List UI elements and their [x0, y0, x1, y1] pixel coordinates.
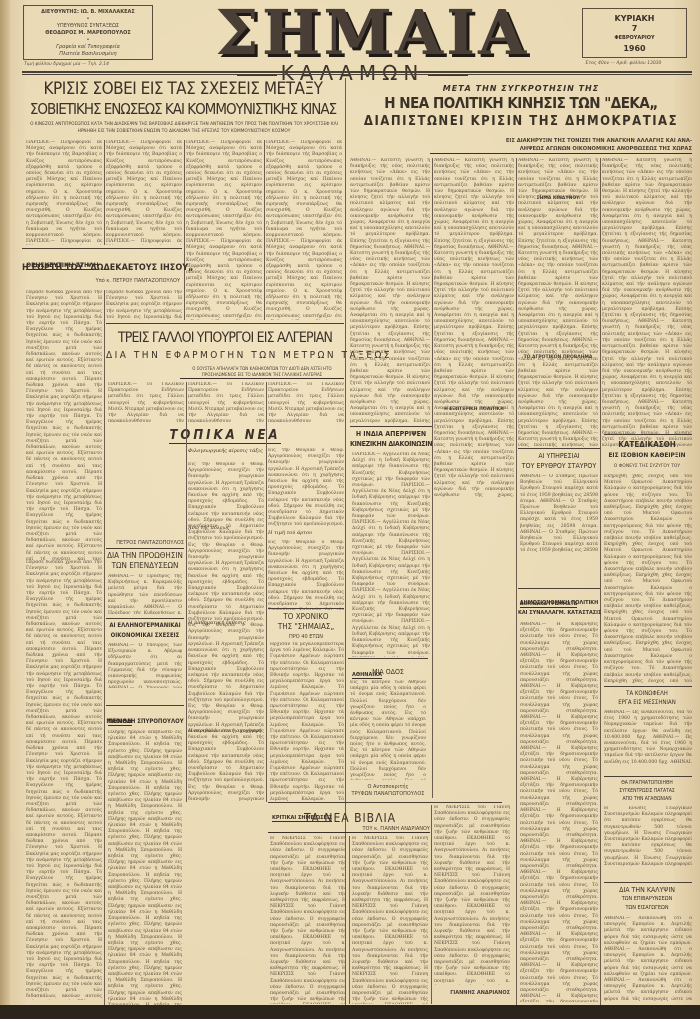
masthead-rule: [22, 71, 692, 73]
editor-name: ΘΕΟΔΩΡΟΣ Μ. ΜΑΡΕΟΠΟΥΛΟΣ: [24, 30, 152, 37]
potato-headline-2: ΣΥΓΚΕΝΤΡΩΣΙΣ ΠΑΤΑΤΑΣ: [602, 788, 692, 794]
religious-headline: Η ΕΟΡΤΗ ΤΟΥ "ΔΩΔΕΚΑΕΤΟΥΣ ΙΗΣΟΥ„: [22, 263, 182, 273]
local-item-town: Άνω τής πόλεως: [188, 525, 264, 531]
stavros-body: ΑΘΗΝΑΙ.— Ο Σταθμός Πρώτων Βοηθειών τού Ε…: [520, 474, 598, 554]
messinia-headline-2: ΕΡΓΑ ΕΙΣ ΜΕΣΣΗΝΙΑΝ: [602, 699, 692, 706]
editor-label: ΥΠΕΥΘΥΝΟΣ ΣΥΝΤΑΞΕΩΣ: [24, 23, 152, 30]
books-body-col-2: Η ΝΕΚΡΙΣΙΣ τού Γιάννη Σπαθόπουλου κυκλοφ…: [352, 836, 428, 1004]
local-item-exhibition: Η μαθηματική έκθεσις: [188, 620, 264, 626]
potato-headline-3: ΑΠΟ ΤΗΝ ΑΓΑΘΩΝΙΑΝ: [602, 796, 692, 802]
sentence-subhead: Ο ΦΟΝΕΥΣ ΤΗΣ ΣΥΖΥΓΟΥ ΤΟΥ: [602, 463, 692, 470]
office-address: Πλατεία Βασιλευσμένη: [24, 51, 152, 58]
potato-headline-1: ΘΑ ΠΡΑΓΜΑΤΟΠΟΙΗΘΗ: [602, 780, 692, 786]
sentence-body: Εκηρύχθη χθες ένοχος υπό τού Μικτού Ορκω…: [604, 474, 692, 684]
messinia-body: ΑΘΗΝΑΙ.— Ως ανακοινούται, διά τό έτος 19…: [604, 710, 692, 765]
local-body-col-1: Εις τήν Θουρίαν ο Θεοφ. Αργυρόπουλος συν…: [188, 462, 264, 802]
date-day: 7: [583, 24, 686, 34]
books-headline: ΤΑ ΝΕΑ ΒΙΒΛΙΑ: [268, 811, 432, 825]
india-headline-1: Η ΙΝΔΙΑ ΑΠΕΡΡΙΨΕΝ: [350, 430, 432, 438]
soviet-headline-1: ΚΡΙΣΙΣ ΣΟΒΕΙ ΕΙΣ ΤΑΣ ΣΧΕΣΕΙΣ ΜΕΤΑΞΥ: [22, 79, 344, 99]
religious-body-col-1: Πέρασε δώδεκα χρόνια από τήν Γέννησιν το…: [26, 290, 102, 560]
deka-body-col-1: ΑΘΗΝΑΙ.— Κατεστη γνωστή η διακήρυξις τής…: [350, 158, 430, 423]
deka-subhead-2: ΛΗΨΕΩΣ ΑΓΩΝΩΝ ΟΙΚΟΝΟΜΙΚΗΣ ΑΝΟΡΘΩΣΕΩΣ ΤΗΣ…: [430, 146, 692, 154]
athinaika-signature: Ο Ανταποκριτής: [348, 784, 428, 791]
deka-section-2: ΤΟ ΑΓΡΟΤΙΚΟΝ ΠΡΟΒΛΗΜΑ: [518, 354, 598, 361]
india-body: ΠΑΡΙΣΙΟΙ.— Αγγέλλεται έκ Νέας Δελχί ότι …: [352, 452, 430, 657]
local-item-census: Η περιβαλλοντική απογραφή: [188, 728, 264, 734]
grammata-headline-1: ΔΗΜΟΣΙΟΝΟΜΙΚΗ ΠΟΛΙΤΙΚΗ: [518, 600, 600, 606]
masthead-rule-thin: [22, 74, 692, 75]
local-item-bread: Η τιμή τού άρτου: [268, 530, 344, 536]
date-month: ΦΕΒΡΟΥΑΡΙΟΥ: [583, 34, 686, 43]
books-byline: ΤΟΥ κ. ΓΙΑΝΝΗ ΑΝΔΡΙΑΝΟΥ: [268, 826, 430, 833]
sentence-headline-2: ΕΙΣ ΙΣΟΒΙΟΝ ΚΑΘΕΙΡΞΙΝ: [602, 451, 692, 459]
chronicle-subhead: ΠΡΟ 40 ΕΤΩΝ: [268, 634, 344, 641]
economic-body: ΑΘΗΝΑΙ.— Ο Υπουργός τών Εξωτερικών κ. Αβ…: [108, 643, 182, 688]
algeria-headline-1: ΤΡΕΙΣ ΓΑΛΛΟΙ ΥΠΟΥΡΓΟΙ ΕΙΣ ΑΛΓΕΡΙΑΝ: [106, 330, 344, 346]
potato-body: Η Ένωσις Γεωργικών Συνεταιρισμών Καλαμών…: [604, 806, 692, 866]
investments-headline-1: ΔΙΑ ΤΗΝ ΠΡΟΩΘΗΣΙΝ: [106, 551, 184, 560]
date-box: ΚΥΡΙΑΚΗ 7 ΦΕΒΡΟΥΑΡΙΟΥ 1960: [582, 8, 687, 58]
imports-body: ΑΘΗΝΑΙ.— Ανεκοινώθη ότι ο υπουργός Εμπορ…: [604, 916, 692, 1001]
issue-note: Έτος 40ον — Αριθ. φύλλου 13030: [585, 61, 661, 66]
soviet-body-col-3: ΠΑΡΙΣΙΟΙ.— Πληροφορίαι έκ Μόσχας αναφέρο…: [186, 140, 262, 320]
deka-section-1: ΣΗΜΑ ΚΙΝΔΥΝΟΥ: [518, 195, 598, 202]
stavros-headline-1: ΑΙ ΥΠΗΡΕΣΙΑΙ: [518, 452, 600, 460]
imports-headline-3: ΤΩΝ ΕΙΣΑΓΩΓΕΩΝ: [602, 905, 692, 911]
editorial-box: ΔΙΕΥΘΥΝΤΗΣ: ΙΩ. Β. ΜΙΧΑΛΑΚΕΑΣ • ΥΠΕΥΘΥΝΟ…: [23, 5, 153, 60]
messinia-headline-1: ΤΑ ΚΟΙΝΩΦΕΛΗ: [602, 690, 692, 697]
investments-body: ΑΘΗΝΑΙ.— Ο Πρόεδρος τής Κυβερνήσεως κ. Κ…: [108, 574, 182, 614]
imports-headline-2: ΤΩΝ ΕΠΙΒΑΡΥΝΣΕΩΝ: [602, 896, 692, 902]
economic-headline-1: ΑΙ ΕΛΛΗΝΟΓΕΡΜΑΝΙΚΑΙ: [106, 622, 184, 629]
date-year: 1960: [583, 43, 686, 54]
page-bottom-shadow: [0, 1005, 700, 1019]
athinaika-body: Εις τό κέντρον τών Αθηνών υπάρχει μία οδ…: [350, 680, 426, 780]
death-body: Πλήρης ημερών απεβίωσεν εις ηλικίαν 84 ε…: [108, 730, 182, 1005]
algeria-body-col-3: ΠΑΡΙΣΙΟΙ.— Τό Γαλλικόν Πρακτορείον Ειδήσ…: [268, 382, 344, 422]
deka-body-col-2: ΑΘΗΝΑΙ.— Κατεστη γνωστή η διακήρυξις τής…: [434, 158, 514, 498]
india-headline-2: ΚΙΝΕΖΙΚΗΝ ΔΙΑΚΟΙΝΩΣΙΝ: [350, 440, 432, 448]
investments-headline-2: ΤΩΝ ΕΠΕΝΔΥΣΕΩΝ: [106, 561, 184, 570]
soviet-body-col-1: ΠΑΡΙΣΙΟΙ.— Πληροφορίαι έκ Μόσχας αναφέρο…: [26, 140, 102, 245]
local-body-col-2: Εις τήν Θουρίαν ο Θεοφ. Αργυρόπουλος συν…: [268, 448, 344, 528]
religious-body-continued: Πέρασε δώδεκα χρόνια από τήν Γέννησιν το…: [26, 560, 102, 1000]
sentence-headline-1: ΚΑΤΕΔΙΚΑΣΘΗ: [602, 440, 692, 449]
grammata-headline-2: ΚΑΙ ΣΥΝΑΛΛΑΓΜ. ΚΑΤΑΣΤΑΣΙΣ: [518, 610, 600, 616]
death-headline: ΜΑΘΙΛΔΗ ΣΠΥΡΟΠΟΥΛΟΥ: [106, 718, 184, 725]
athinaika-headline: ΜΙΑ ΟΔΟΣ: [348, 668, 428, 676]
director-line: ΔΙΕΥΘΥΝΤΗΣ: ΙΩ. Β. ΜΙΧΑΛΑΚΕΑΣ: [24, 9, 152, 16]
deka-section-3: Η ΕΞΩΤΕΡΙΚΗ ΠΟΛΙΤΙΚΗ: [434, 406, 514, 413]
chronicle-body: Ηρχισαν τά μεγαλοπρεπέστερα έργα τού λιμ…: [270, 642, 344, 802]
soviet-subhead: Ο ΚΙΝΕΖΟΣ ΑΝΤΙΠΡΟΣΩΠΟΣ ΚΑΤΑ ΤΗΝ ΔΙΑΣΚΕΨΙ…: [26, 121, 342, 135]
algeria-subhead: Ο ΣΟΥΣΤΕΛ ΑΠΗΛΛΑΓΗ ΤΩΝ ΚΑΘΗΚΟΝΤΩΝ ΤΟΥ ΔΙ…: [180, 366, 344, 379]
religious-byline: Υπό κ. ΠΕΤΡΟΥ ΠΑΝΤΑΖΟΠΟΥΛΟΥ: [22, 278, 180, 284]
books-author: ΓΙΑΝΝΗΣ ΑΝΔΡΙΑΝΟΣ: [434, 990, 510, 996]
deka-kicker: ΜΕΤΑ ΤΗΝ ΣΥΓΚΡΟΤΗΣΙΝ ΤΗΣ: [350, 84, 692, 93]
local-item-heading: Φιλογεωργικής αίρεσις τάξις: [188, 448, 264, 454]
deka-headline-2: ΔΙΑΠΙΣΤΩΝΕΙ ΚΡΙΣΙΝ ΤΗΣ ΔΗΜΟΚΡΑΤΙΑΣ: [350, 114, 692, 129]
grammata-body: ΑΘΗΝΑΙ.— Η Κυβέρνησις εξετάζει τήν δημοσ…: [520, 622, 598, 1002]
books-body-col-3: Η ΝΕΚΡΙΣΙΣ τού Γιάννη Σπαθόπουλου κυκλοφ…: [434, 805, 510, 985]
date-weekday: ΚΥΡΙΑΚΗ: [583, 13, 686, 24]
local-news-headline: ΤΟΠΙΚΑ ΝΕΑ: [106, 428, 344, 443]
religious-body-col-2: Πέρασε δώδεκα χρόνια από τήν Γέννησιν το…: [106, 290, 182, 320]
imports-headline-1: ΔΙΑ ΤΗΝ ΚΑΛΥΨΙΝ: [602, 886, 692, 894]
deka-headline-1: Η ΝΕΑ ΠΟΛΙΤΙΚΗ ΚΙΝΗΣΙΣ ΤΩΝ "ΔΕΚΑ„: [350, 94, 692, 112]
chronicle-headline-2: ΤΗΣ "ΣΗΜΑΙΑΣ„: [268, 622, 344, 631]
bread-price-body: Εις τήν Θουρίαν ο Θεοφ. Αργυρόπουλος συν…: [268, 540, 344, 610]
books-body-col-1: Η ΝΕΚΡΙΣΙΣ τού Γιάννη Σπαθόπουλου κυκλοφ…: [270, 836, 346, 1004]
office-label: Γραφεία καί Τυπογραφεία: [24, 44, 152, 51]
newspaper-page: ΔΙΕΥΘΥΝΤΗΣ: ΙΩ. Β. ΜΙΧΑΛΑΚΕΑΣ • ΥΠΕΥΘΥΝΟ…: [0, 0, 700, 1005]
algeria-body-col-2: ΠΑΡΙΣΙΟΙ.— Τό Γαλλικόν Πρακτορείον Ειδήσ…: [188, 382, 264, 422]
soviet-body-col-4: ΠΑΡΙΣΙΟΙ.— Πληροφορίαι έκ Μόσχας αναφέρο…: [266, 140, 342, 320]
athinaika-author: ΤΡΥΦΩΝ ΠΑΝΑΓΙΩΤΟΠΟΥΛΟΣ: [348, 791, 428, 798]
economic-headline-2: ΟΙΚΟΝΟΜΙΚΑΙ ΣΧΕΣΕΙΣ: [106, 632, 184, 639]
investments-byline: ΠΕΤΡΟΣ ΠΑΝΤΑΖΟΠΟΥΛΟΣ: [106, 540, 184, 546]
price-note: Τιμή φύλλου δραχμαί μία — Τηλ. 2.14: [24, 62, 109, 67]
chronicle-headline-1: ΤΟ ΧΡΟΝΙΚΟ: [268, 612, 344, 621]
deka-subhead-1: ΕΙΣ ΔΙΑΚΗΡΥΞΙΝ ΤΗΣ ΤΟΝΙΖΕΙ ΤΗΝ ΑΝΑΓΚΗΝ Α…: [430, 138, 692, 145]
masthead-title: ΣΗΜΑΙΑ: [215, 2, 490, 64]
page-edge: [0, 0, 10, 1005]
deka-body-col-4: ΑΘΗΝΑΙ.— Κατεστη γνωστή η διακήρυξις τής…: [602, 158, 692, 448]
algeria-body-col-1: ΠΑΡΙΣΙΟΙ.— Τό Γαλλικόν Πρακτορείον Ειδήσ…: [108, 382, 184, 422]
algeria-headline-2: ΔΙΑ ΤΗΝ ΕΦΑΡΜΟΓΗΝ ΤΩΝ ΜΕΤΡΩΝ ΤΑΞΕΩΣ: [106, 350, 344, 361]
soviet-headline-2: ΣΟΒΙΕΤΙΚΗΣ ΕΝΩΣΕΩΣ ΚΑΙ ΚΟΜΜΟΥΝΙΣΤΙΚΗΣ ΚΙ…: [22, 100, 344, 118]
stavros-headline-2: ΤΟΥ ΕΡΥΘΡΟΥ ΣΤΑΥΡΟΥ: [518, 462, 600, 470]
soviet-body-col-2: ΠΑΡΙΣΙΟΙ.— Πληροφορίαι έκ Μόσχας αναφέρο…: [106, 140, 182, 245]
